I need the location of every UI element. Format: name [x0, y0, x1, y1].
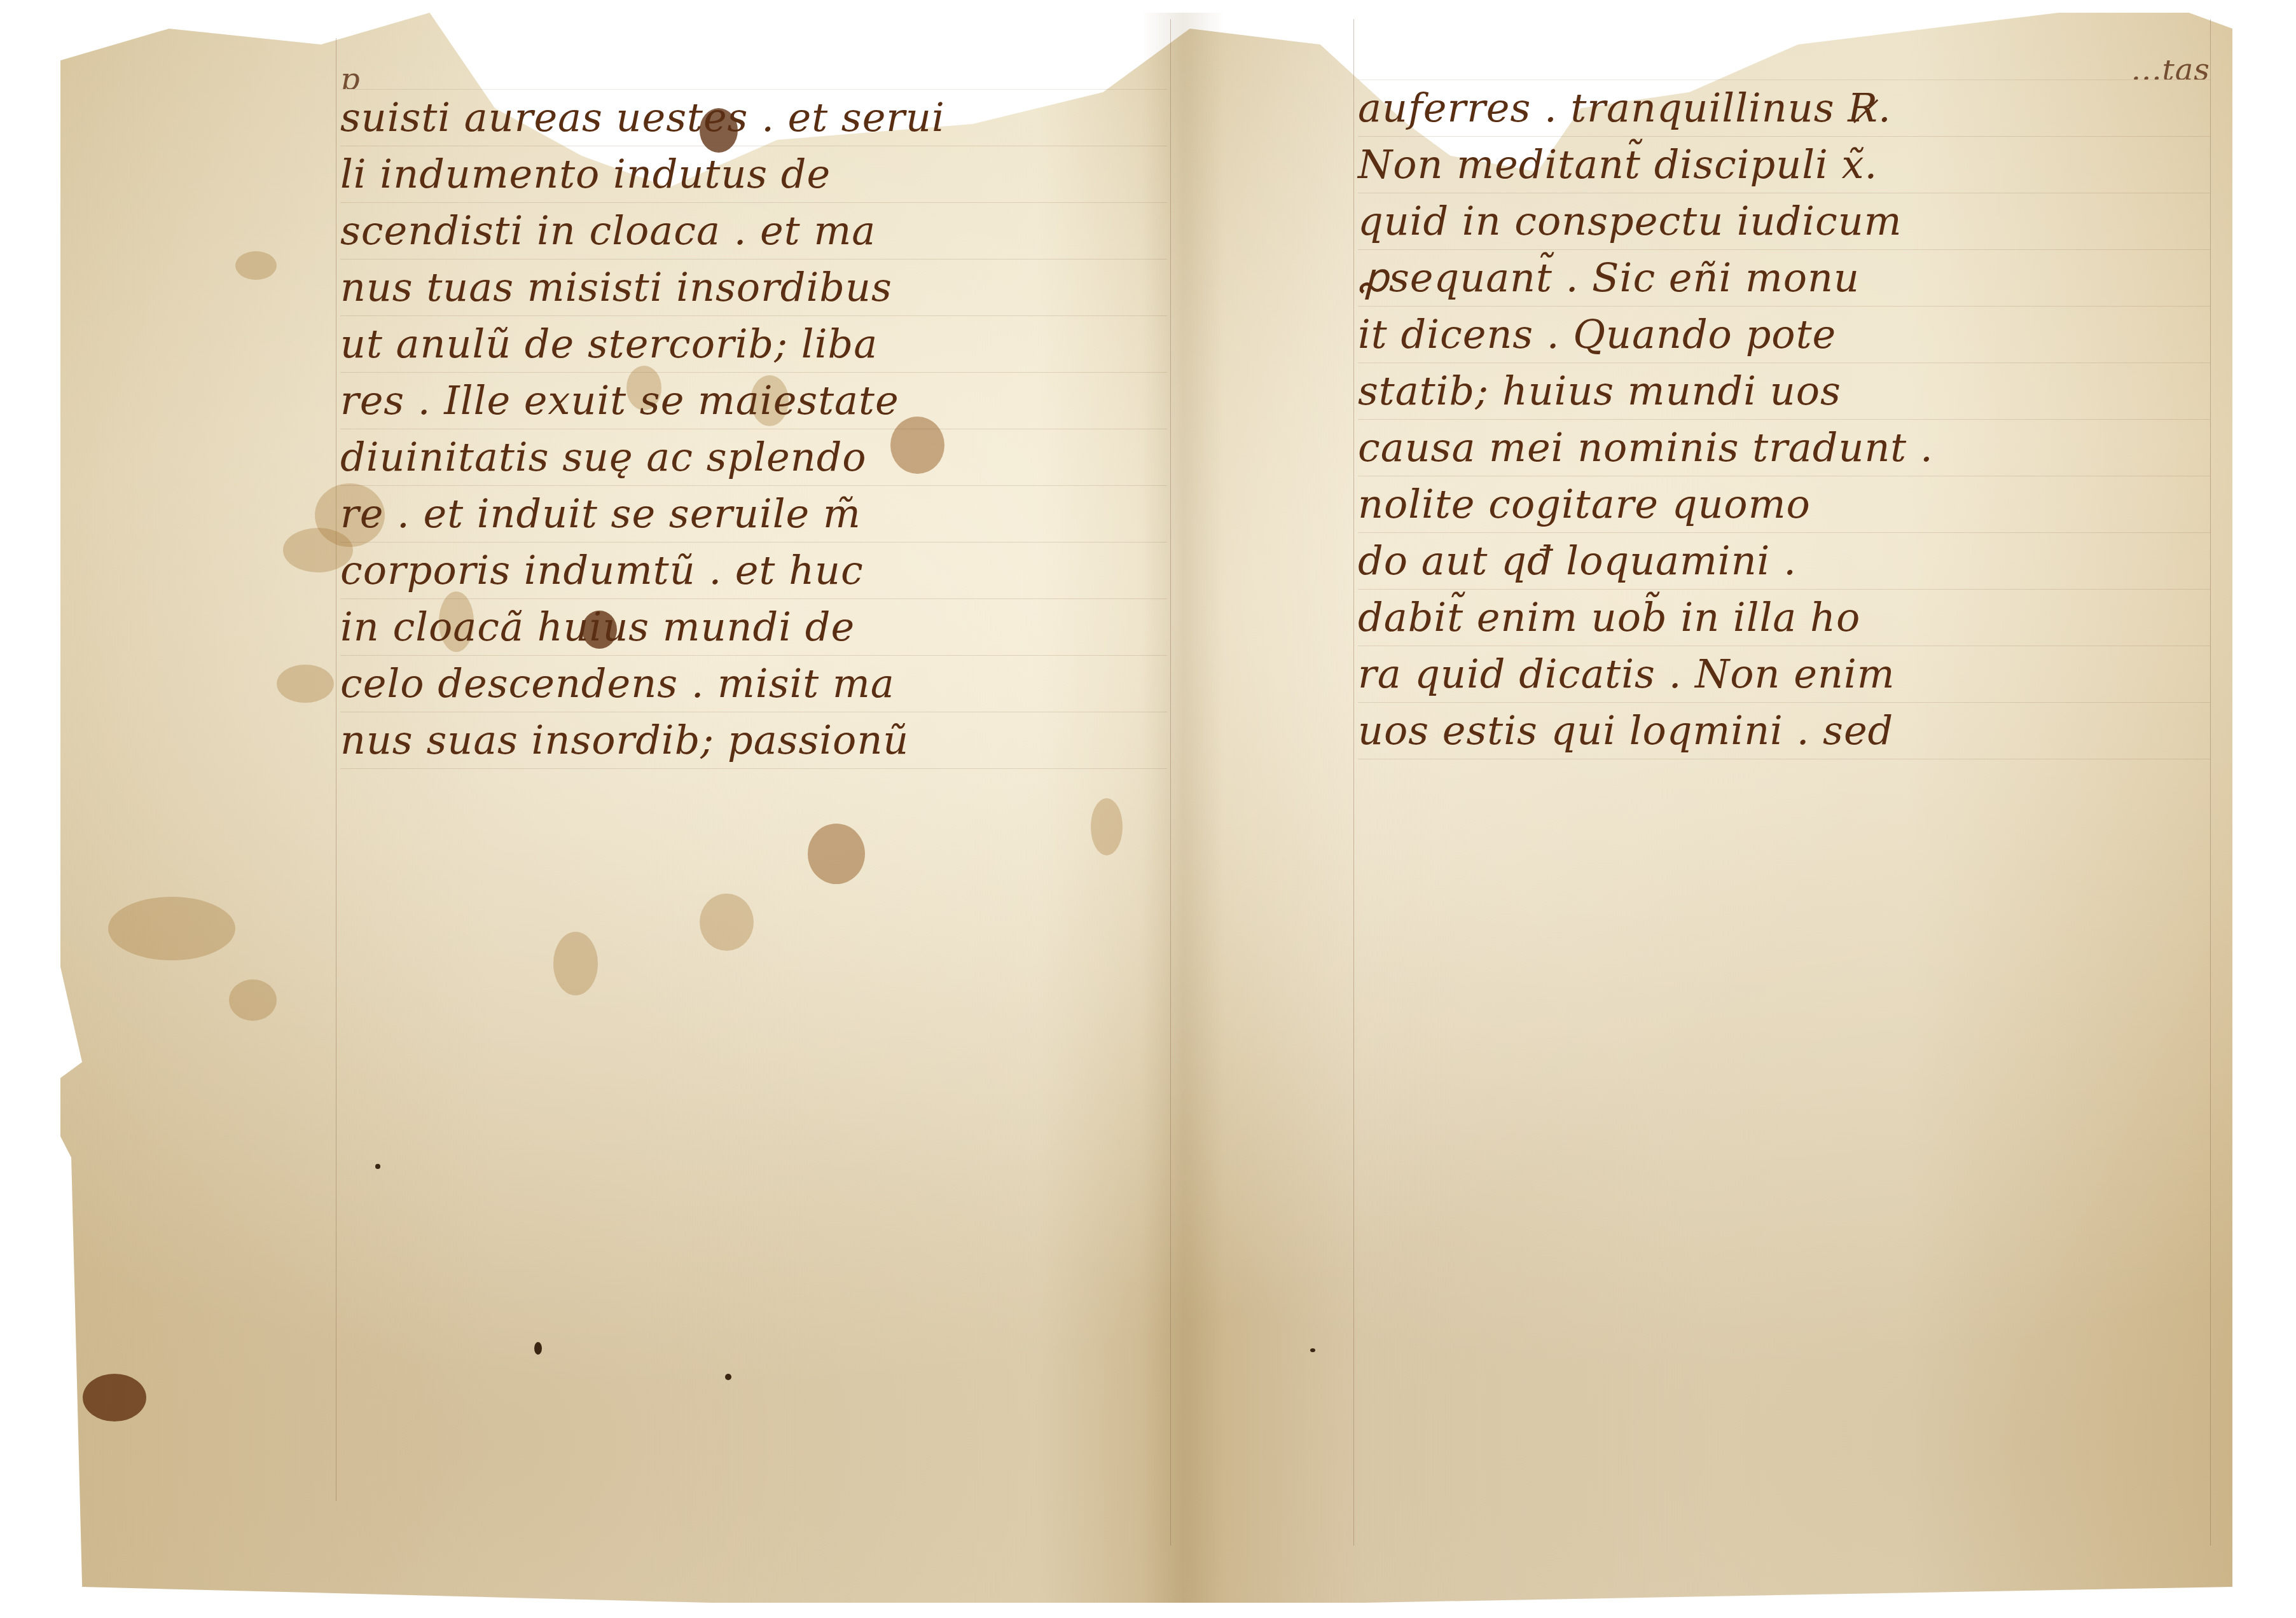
text-line: nolite cogitare quomo — [1358, 476, 2210, 533]
text-line: do aut qđ loquamini . — [1358, 533, 2210, 590]
water-stain — [808, 824, 865, 884]
text-line: diuinitatis suę ac splendo — [340, 429, 1167, 486]
ruling-line-left-inner — [1170, 19, 1171, 1545]
water-stain — [229, 979, 277, 1021]
text-line: ut anulũ de stercorib; liba — [340, 316, 1167, 373]
text-line: dabit̃ enim uob̃ in illa ho — [1358, 590, 2210, 646]
text-line: uos estis qui loqmini . sed — [1358, 703, 2210, 759]
text-line: re . et induit se seruile m̃ — [340, 486, 1167, 543]
speck — [1310, 1348, 1315, 1352]
text-line: quid in conspectu iudicum — [1358, 193, 2210, 250]
text-line: nus suas insordib; passionũ — [340, 712, 1167, 769]
left-text-column: p suisti aureas uestes . et serui li ind… — [340, 70, 1167, 769]
ruling-line-right-inner — [2210, 19, 2211, 1545]
speck — [725, 1374, 731, 1380]
water-stain — [1091, 798, 1123, 855]
water-stain — [700, 894, 754, 951]
water-stain — [235, 251, 277, 280]
text-line: ra quid dicatis . Non enim — [1358, 646, 2210, 703]
text-line: Non meditant̃ discipuli x̃. — [1358, 137, 2210, 193]
water-stain — [277, 665, 334, 703]
speck — [375, 1164, 380, 1169]
text-line: corporis indumtũ . et huc — [340, 543, 1167, 599]
text-line: causa mei nominis tradunt . — [1358, 420, 2210, 476]
water-stain — [553, 932, 598, 995]
trimmed-line: ...tas — [1358, 60, 2210, 80]
text-line: nus tuas misisti insordibus — [340, 259, 1167, 316]
text-line: scendisti in cloaca . et ma — [340, 203, 1167, 259]
ruling-line-right-outer — [1353, 19, 1354, 1545]
text-line: it dicens . Quando pote — [1358, 307, 2210, 363]
ink-blot — [83, 1374, 146, 1421]
water-stain — [108, 897, 235, 960]
text-line: in cloacã huius mundi de — [340, 599, 1167, 656]
text-line: li indumento indutus de — [340, 146, 1167, 203]
text-line: ꝓsequant̃ . Sic eñi monu — [1358, 250, 2210, 307]
trimmed-line: p — [340, 70, 1167, 90]
text-line: celo descendens . misit ma — [340, 656, 1167, 712]
text-line: suisti aureas uestes . et serui — [340, 90, 1167, 146]
text-line: res . Ille exuit se maiestate — [340, 373, 1167, 429]
ruling-line-left-outer — [336, 38, 336, 1501]
text-line: auferres . tranquillinus R̷. — [1358, 80, 2210, 137]
speck — [534, 1342, 542, 1355]
right-text-column: ...tas auferres . tranquillinus R̷. Non … — [1358, 60, 2210, 759]
text-line: statib; huius mundi uos — [1358, 363, 2210, 420]
